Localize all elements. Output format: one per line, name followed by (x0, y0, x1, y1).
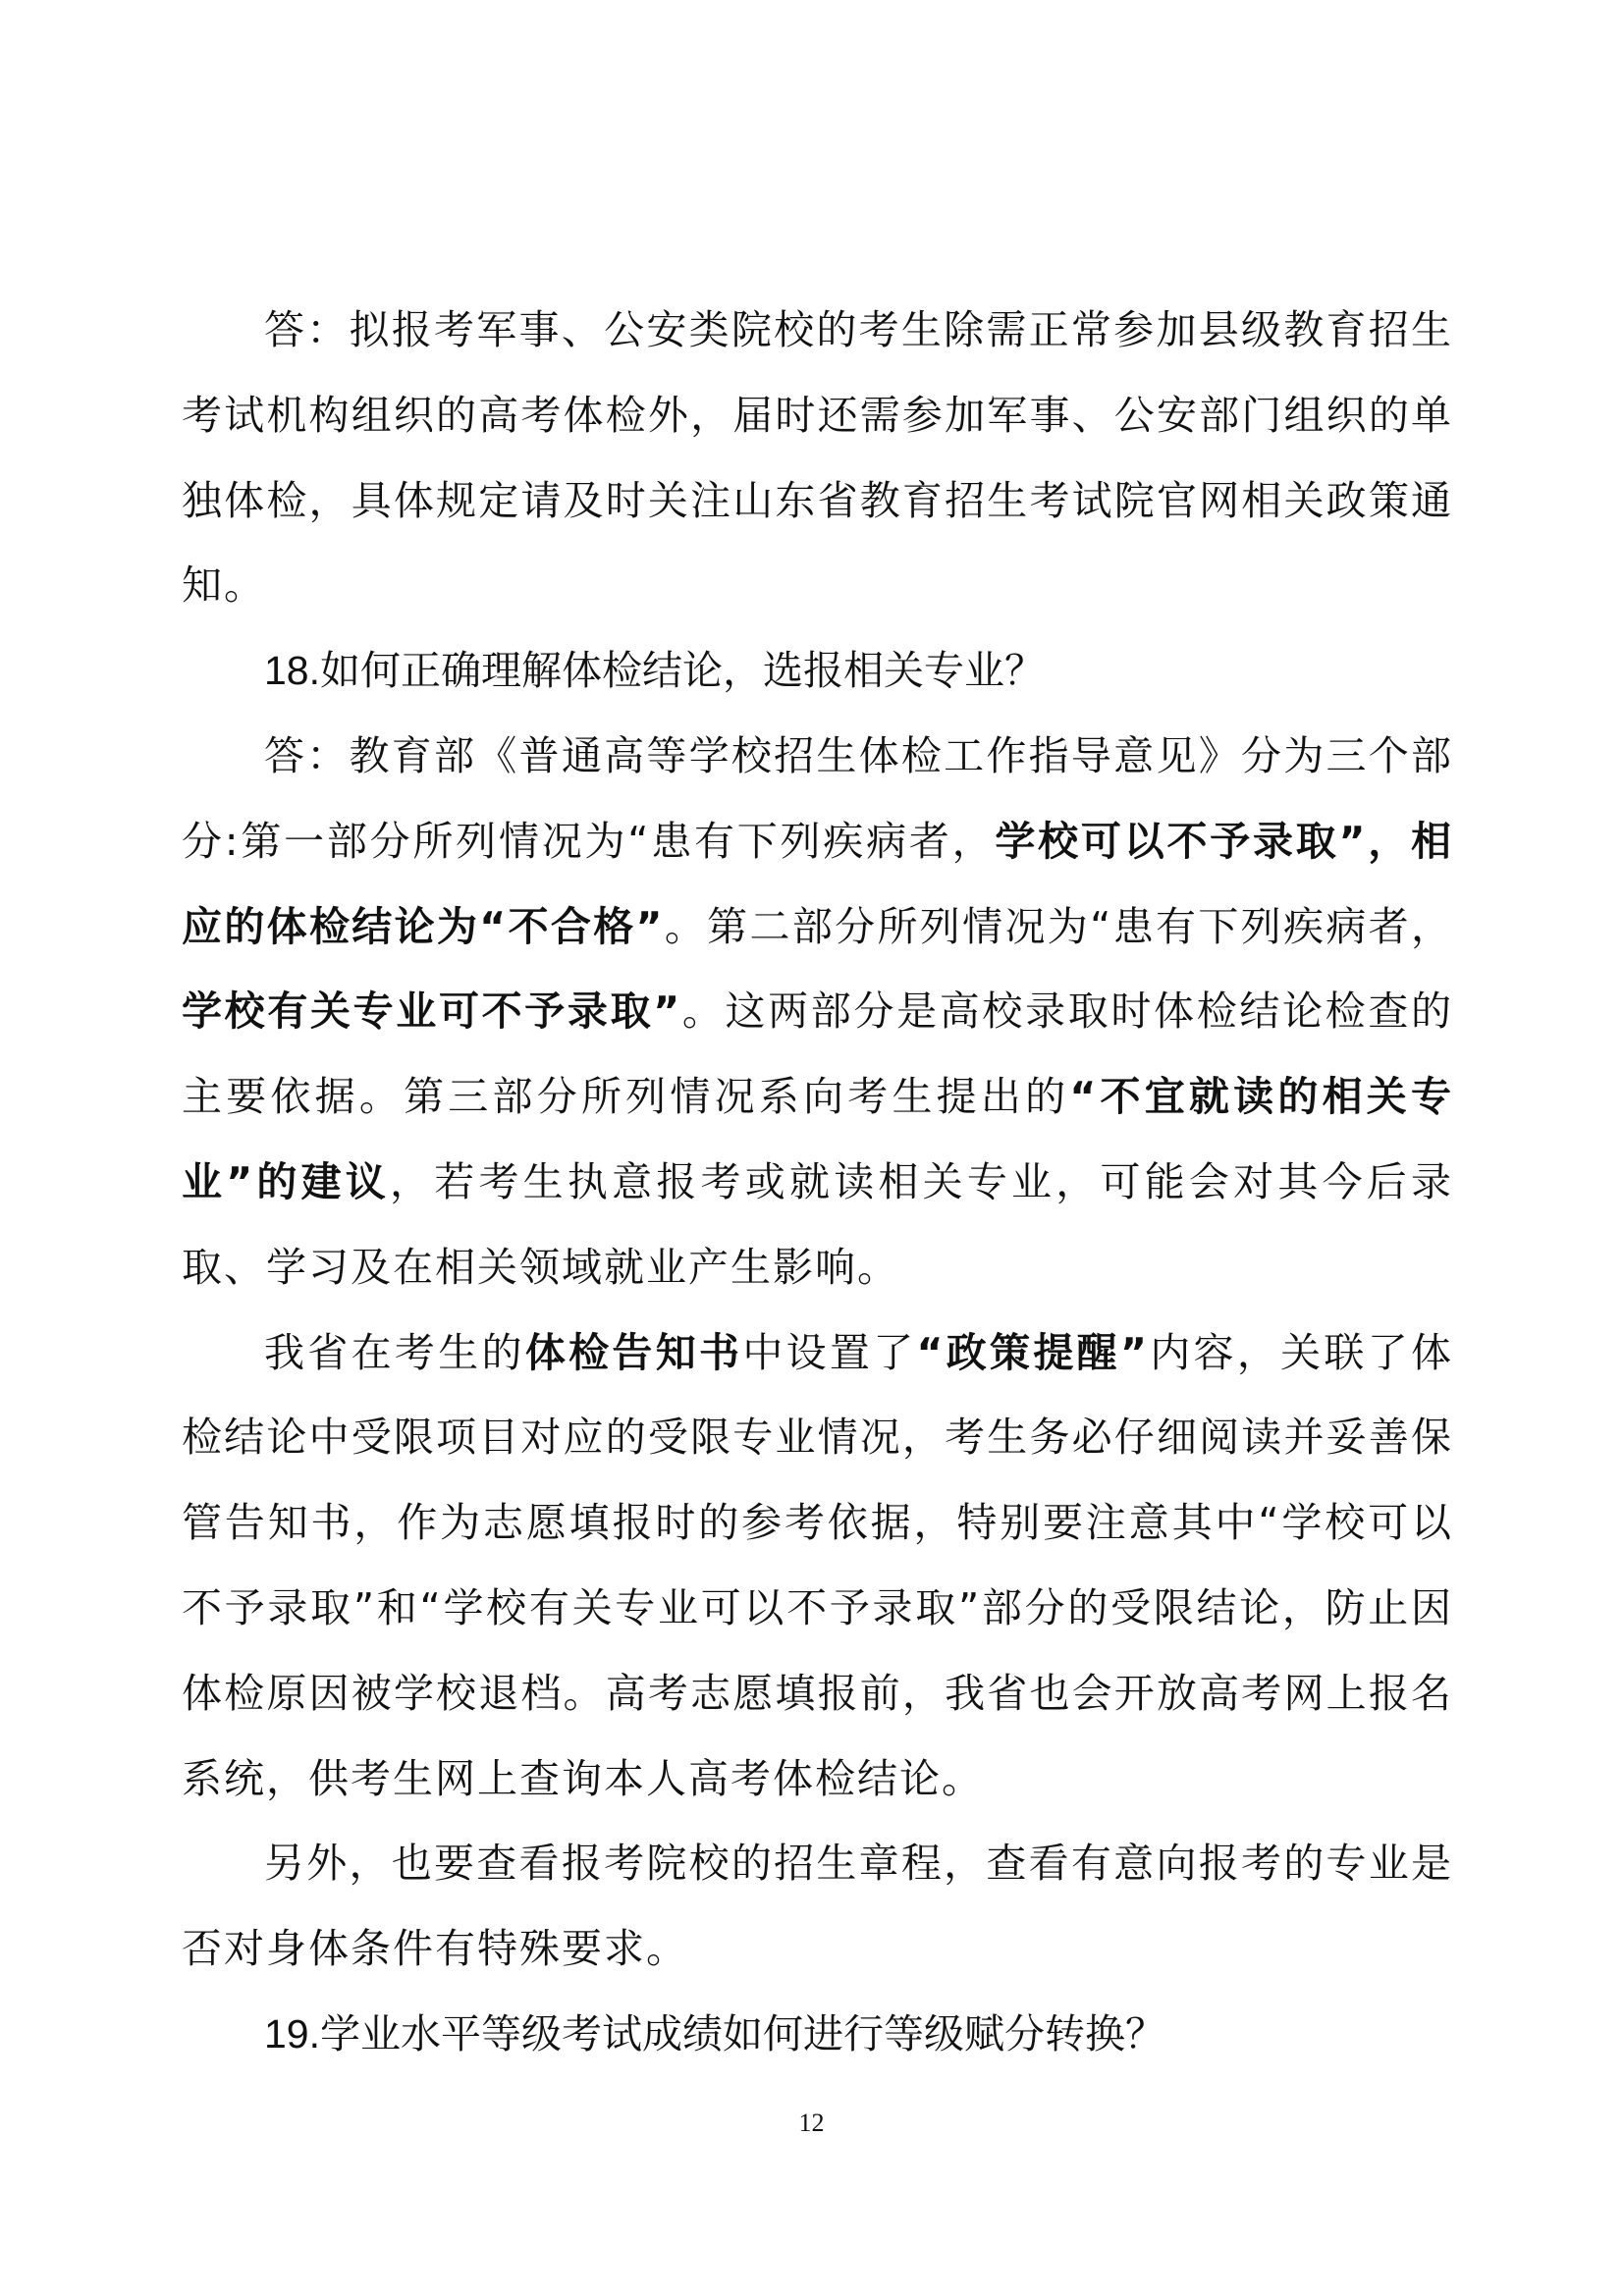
question-18-heading: 18.如何正确理解体检结论，选报相关专业？ (182, 628, 1453, 714)
answer-17-text: 答：拟报考军事、公安类院校的考生除需正常参加县级教育招生考试机构组织的高考体检外… (182, 306, 1453, 609)
page-number: 12 (0, 2109, 1623, 2138)
notice-bold-run-2: 体检告知书 (525, 1329, 743, 1376)
answer-18-bold-run-4: 学校有关专业可不予录取” (182, 988, 681, 1035)
notice-run-1: 我省在考生的 (264, 1329, 525, 1376)
answer-18-run-3: 。第二部分所列情况为“患有下列疾病者， (665, 903, 1453, 950)
notice-run-5: 内容，关联了体检结论中受限项目对应的受限专业情况，考生务必仔细阅读并妥善保管告知… (182, 1329, 1453, 1802)
notice-paragraph: 我省在考生的体检告知书中设置了“政策提醒”内容，关联了体检结论中受限项目对应的受… (182, 1310, 1453, 1822)
document-page: 答：拟报考军事、公安类院校的考生除需正常参加县级教育招生考试机构组织的高考体检外… (0, 0, 1623, 2296)
answer-17-paragraph: 答：拟报考军事、公安类院校的考生除需正常参加县级教育招生考试机构组织的高考体检外… (182, 288, 1453, 628)
question-19-heading: 19.学业水平等级考试成绩如何进行等级赋分转换？ (182, 1992, 1453, 2077)
notice-run-3: 中设置了 (742, 1329, 916, 1376)
page-content: 答：拟报考军事、公安类院校的考生除需正常参加县级教育招生考试机构组织的高考体检外… (182, 288, 1453, 2077)
additional-text: 另外，也要查看报考院校的招生章程，查看有意向报考的专业是否对身体条件有特殊要求。 (182, 1840, 1453, 1972)
notice-bold-run-4: “政策提醒” (917, 1329, 1149, 1376)
answer-18-paragraph: 答：教育部《普通高等学校招生体检工作指导意见》分为三个部分:第一部分所列情况为“… (182, 714, 1453, 1310)
additional-paragraph: 另外，也要查看报考院校的招生章程，查看有意向报考的专业是否对身体条件有特殊要求。 (182, 1821, 1453, 1992)
